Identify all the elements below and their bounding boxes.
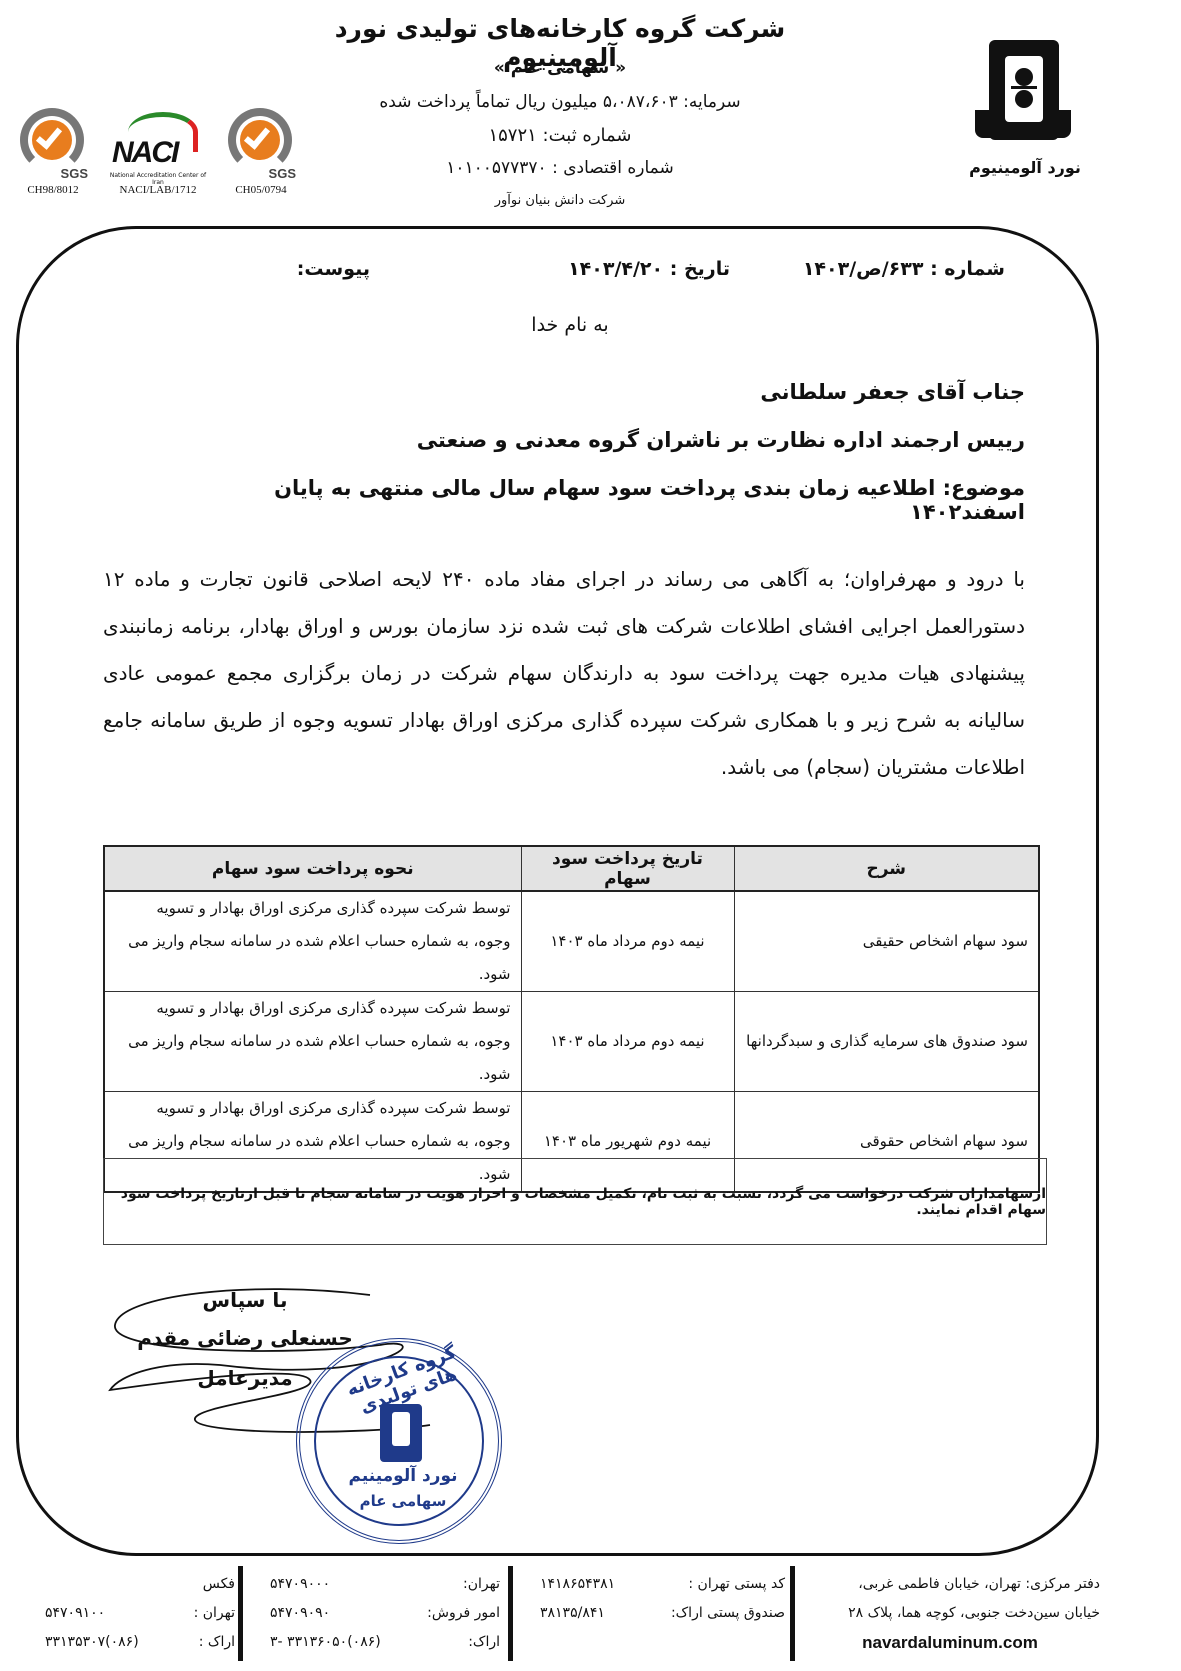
fax-arak-value: (۰۸۶)۳۳۱۳۵۳۰۷ bbox=[45, 1628, 139, 1657]
knowledge-based-label: شرکت دانش بنیان نوآور bbox=[450, 193, 670, 208]
basmala: به نام خدا bbox=[470, 314, 670, 336]
stamp-company-name: نورد آلومینیم bbox=[320, 1466, 486, 1486]
postal-tehran-label: کد پستی تهران : bbox=[688, 1570, 785, 1599]
tel-tehran-value: ۵۴۷۰۹۰۰۰ bbox=[270, 1570, 330, 1599]
letter-attachment: پیوست: bbox=[250, 258, 370, 280]
footer-address: دفتر مرکزی: تهران، خیابان فاطمی غربی، خی… bbox=[800, 1570, 1100, 1657]
header-description: شرح bbox=[734, 846, 1039, 891]
cell-method: توسط شرکت سپرده گذاری مرکزی اوراق بهادار… bbox=[104, 992, 521, 1092]
letter-subject: موضوع: اطلاعیه زمان بندی پرداخت سود سهام… bbox=[200, 476, 1025, 524]
stamp-logo-icon bbox=[380, 1404, 422, 1462]
company-type: « سهامی عام » bbox=[400, 58, 720, 78]
fax-tehran-label: تهران : bbox=[194, 1599, 235, 1628]
shareholder-notice-box: ازسهامداران شرکت درخواست می گردد، نسبت ب… bbox=[103, 1158, 1047, 1245]
table-header-row: شرح تاریخ پرداخت سود سهام نحوه پرداخت سو… bbox=[104, 846, 1039, 891]
logo-label: نورد آلومینیوم bbox=[965, 158, 1085, 177]
registration-number: شماره ثبت: ۱۵۷۲۱ bbox=[400, 125, 720, 146]
dividend-schedule-table: شرح تاریخ پرداخت سود سهام نحوه پرداخت سو… bbox=[103, 845, 1040, 1193]
company-capital: سرمایه: ۵،۰۸۷،۶۰۳ میلیون ریال تماماً پرد… bbox=[330, 92, 790, 112]
sgs-brand: SGS bbox=[61, 166, 88, 181]
fax-tehran-value: ۵۴۷۰۹۱۰۰ bbox=[45, 1599, 105, 1628]
company-logo: نورد آلومینیوم bbox=[975, 40, 1075, 190]
cell-date: نیمه دوم مرداد ماه ۱۴۰۳ bbox=[521, 992, 734, 1092]
addressee-name: جناب آقای جعفر سلطانی bbox=[200, 380, 1025, 404]
address-line-1: دفتر مرکزی: تهران، خیابان فاطمی غربی، bbox=[800, 1570, 1100, 1599]
cell-method: توسط شرکت سپرده گذاری مرکزی اوراق بهادار… bbox=[104, 891, 521, 992]
footer-phones: تهران:۵۴۷۰۹۰۰۰ امور فروش:۵۴۷۰۹۰۹۰ اراک:(… bbox=[270, 1570, 500, 1657]
naci-logo: NACI National Accreditation Center of Ir… bbox=[108, 110, 208, 200]
footer-divider bbox=[508, 1566, 513, 1661]
cert-code: NACI/LAB/1712 bbox=[104, 184, 212, 196]
naci-brand: NACI bbox=[112, 136, 177, 170]
header-payment-method: نحوه پرداخت سود سهام bbox=[104, 846, 521, 891]
letter-date: تاریخ : ۱۴۰۳/۴/۲۰ bbox=[490, 258, 730, 280]
tel-arak-label: اراک: bbox=[468, 1628, 500, 1657]
tel-tehran-label: تهران: bbox=[463, 1570, 500, 1599]
tel-sales-value: ۵۴۷۰۹۰۹۰ bbox=[270, 1599, 330, 1628]
tel-sales-label: امور فروش: bbox=[427, 1599, 500, 1628]
footer-postal: کد پستی تهران :۱۴۱۸۶۵۴۳۸۱ صندوق پستی ارا… bbox=[540, 1570, 785, 1628]
cell-date: نیمه دوم مرداد ماه ۱۴۰۳ bbox=[521, 891, 734, 992]
footer-fax: فکس تهران :۵۴۷۰۹۱۰۰ اراک :(۰۸۶)۳۳۱۳۵۳۰۷ bbox=[45, 1570, 235, 1657]
header-payment-date: تاریخ پرداخت سود سهام bbox=[521, 846, 734, 891]
footer-divider bbox=[790, 1566, 795, 1661]
address-line-2: خیابان سین‌دخت جنوبی، کوچه هما، پلاک ۲۸ bbox=[800, 1599, 1100, 1628]
signatory-name: حسنعلی رضائی مقدم bbox=[130, 1326, 360, 1350]
logo-window bbox=[1005, 56, 1043, 122]
letter-body: با درود و مهرفراوان؛ به آگاهی می رساند د… bbox=[103, 556, 1025, 791]
table-row: سود صندوق های سرمایه گذاری و سبدگردانها … bbox=[104, 992, 1039, 1092]
table-row: سود سهام اشخاص حقیقی نیمه دوم مرداد ماه … bbox=[104, 891, 1039, 992]
roller-top-icon bbox=[1015, 68, 1033, 86]
roller-bar-icon bbox=[1011, 86, 1037, 89]
roller-bottom-icon bbox=[1015, 90, 1033, 108]
cert-code: CH98/8012 bbox=[8, 184, 98, 196]
cell-description: سود سهام اشخاص حقیقی bbox=[734, 891, 1039, 992]
fax-label: فکس bbox=[45, 1570, 235, 1599]
stamp-company-type: سهامی عام bbox=[320, 1492, 486, 1510]
notice-text: ازسهامداران شرکت درخواست می گردد، نسبت ب… bbox=[104, 1186, 1046, 1218]
cell-description: سود صندوق های سرمایه گذاری و سبدگردانها bbox=[734, 992, 1039, 1092]
postal-tehran-value: ۱۴۱۸۶۵۴۳۸۱ bbox=[540, 1570, 615, 1599]
sgs-brand: SGS bbox=[269, 166, 296, 181]
addressee-title: رییس ارجمند اداره نظارت بر ناشران گروه م… bbox=[200, 428, 1025, 452]
sgs-iso14001-logo: SGS CH05/0794 bbox=[222, 104, 300, 200]
company-stamp: گروه کارخانه های تولیدی نورد آلومینیم سه… bbox=[296, 1338, 502, 1544]
po-box-arak-value: ۳۸۱۳۵/۸۴۱ bbox=[540, 1599, 605, 1628]
signature-closing: با سپاس bbox=[130, 1288, 360, 1312]
letter-number: شماره : ۶۳۳/ص/۱۴۰۳ bbox=[775, 258, 1005, 280]
economic-code: شماره اقتصادی : ۱۰۱۰۰۵۷۷۳۷۰ bbox=[380, 158, 740, 178]
tel-arak-value: (۰۸۶)۳۳۱۳۶۰۵۰ -۳ bbox=[270, 1628, 381, 1657]
sgs-iso9001-logo: SGS CH98/8012 bbox=[14, 104, 92, 200]
po-box-arak-label: صندوق پستی اراک: bbox=[671, 1599, 785, 1628]
fax-arak-label: اراک : bbox=[199, 1628, 235, 1657]
website-link[interactable]: navardaluminum.com bbox=[800, 1628, 1100, 1657]
footer-divider bbox=[238, 1566, 243, 1661]
cert-code: CH05/0794 bbox=[216, 184, 306, 196]
